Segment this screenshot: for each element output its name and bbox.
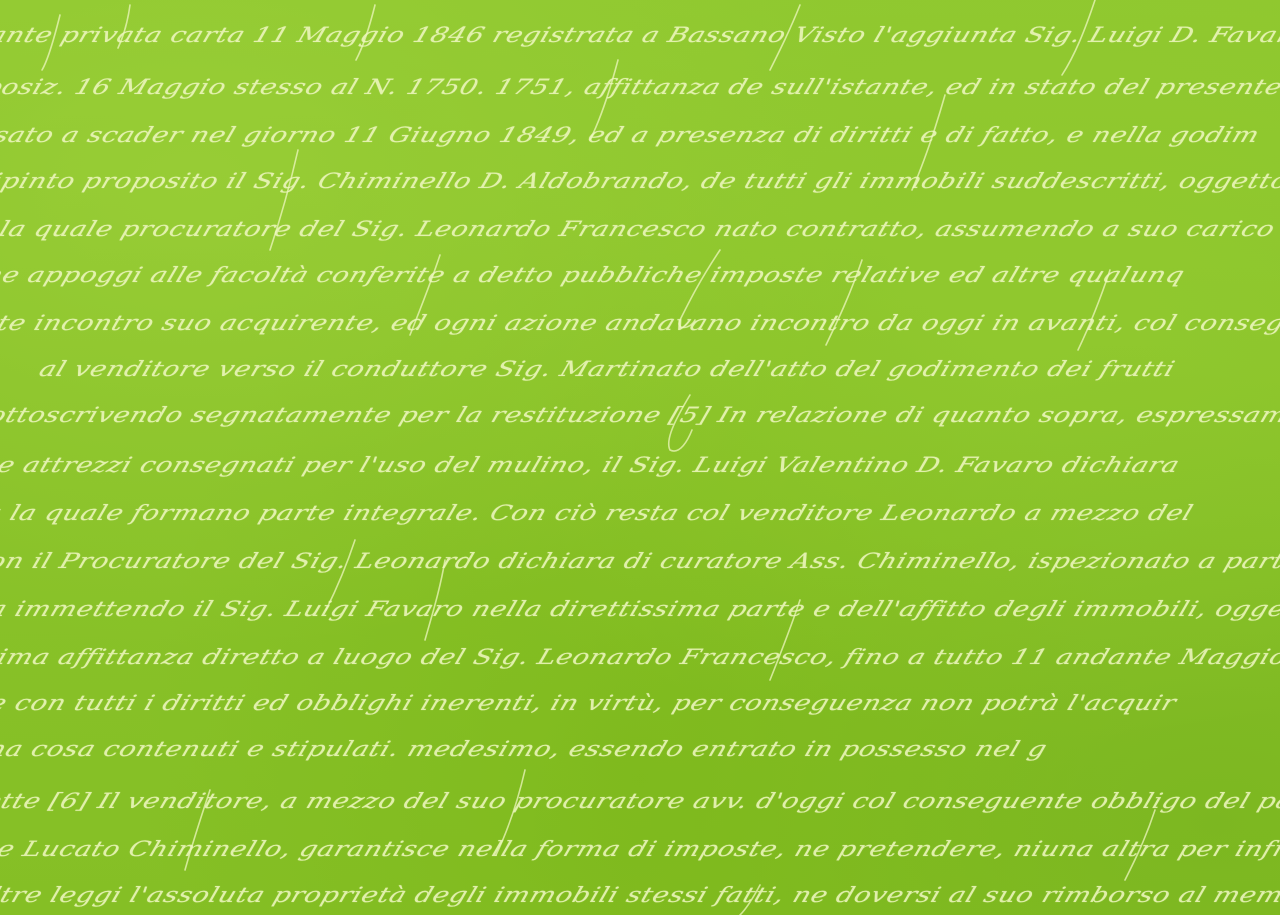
- script-line: a la quale formano parte integrale. Con …: [0, 501, 1196, 525]
- script-line: al venditore verso il conduttore Sig. Ma…: [36, 357, 1178, 381]
- script-line: e con tutti i diritti ed obblighi ineren…: [0, 691, 1180, 715]
- script-line: ma cosa contenuti e stipulati. medesimo,…: [0, 737, 1050, 761]
- script-line: a immettendo il Sig. Luigi Favaro nella …: [0, 597, 1280, 621]
- script-line: ne appoggi alle facoltà conferite a dett…: [0, 263, 1188, 287]
- script-line: sposiz. 16 Maggio stesso al N. 1750. 175…: [0, 75, 1280, 99]
- script-line: dipinto proposito il Sig. Chiminello D. …: [0, 169, 1280, 193]
- script-line: altre leggi l'assoluta proprietà degli i…: [0, 883, 1280, 907]
- script-line: nima affittanza diretto a luogo del Sig.…: [0, 645, 1280, 669]
- script-line: ion il Procuratore del Sig. Leonardo dic…: [0, 549, 1280, 573]
- script-line: sottoscrivendo segnatamente per la resti…: [0, 403, 1280, 427]
- handwritten-script-text: ante privata carta 11 Maggio 1846 regist…: [0, 0, 1280, 915]
- script-line: ne Lucato Chiminello, garantisce nella f…: [0, 837, 1280, 861]
- script-line: nte incontro suo acquirente, ed ogni azi…: [0, 311, 1280, 335]
- script-line: la quale procuratore del Sig. Leonardo F…: [0, 217, 1278, 241]
- script-line: i e attrezzi consegnati per l'uso del mu…: [0, 453, 1183, 477]
- script-line: ette [6] Il venditore, a mezzo del suo p…: [0, 789, 1280, 813]
- script-line: ante privata carta 11 Maggio 1846 regist…: [0, 23, 1280, 47]
- script-line: ssato a scader nel giorno 11 Giugno 1849…: [0, 123, 1263, 147]
